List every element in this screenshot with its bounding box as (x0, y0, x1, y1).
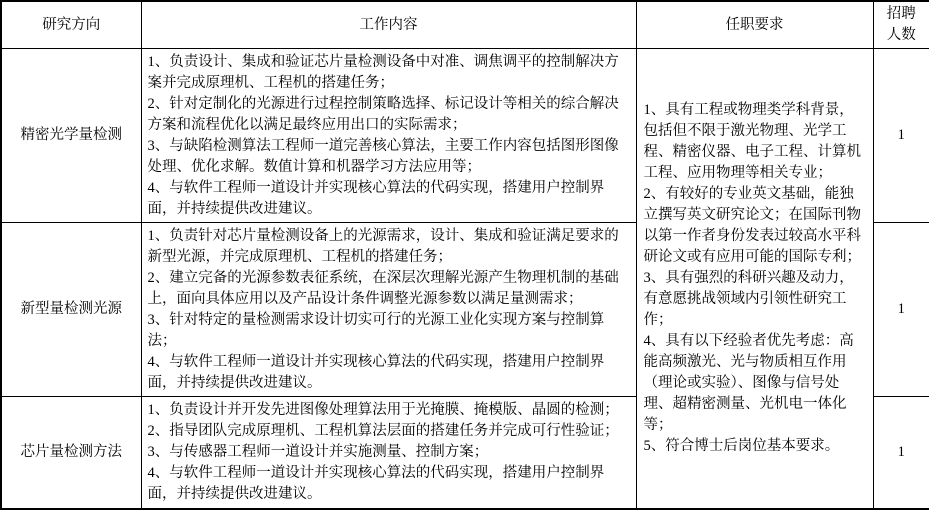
headcount-cell: 1 (873, 49, 929, 223)
task-line: 1、负责设计、集成和验证芯片量检测设备中对准、调焦调平的控制解决方案并完成原理机… (148, 52, 631, 94)
task-line: 1、负责设计并开发先进图像处理算法用于光掩膜、掩模版、晶圆的检测； (148, 400, 631, 421)
requirement-line: 4、具有以下经验者优先考虑：高能高频激光、光与物质相互作用（理论或实验）、图像与… (644, 331, 868, 436)
requirement-line: 1、具有工程或物理类学科背景，包括但不限于激光物理、光学工程、精密仪器、电子工程… (644, 100, 868, 184)
task-line: 3、与缺陷检测算法工程师一道完善核心算法，主要工作内容包括图形图像处理、优化求解… (148, 136, 631, 178)
task-line: 3、与传感器工程师一道设计并实施测量、控制方案； (148, 442, 631, 463)
task-line: 1、负责针对芯片量检测设备上的光源需求，设计、集成和验证满足要求的新型光源，并完… (148, 226, 631, 268)
task-line: 3、针对特定的量检测需求设计切实可行的光源工业化实现方案与控制算法； (148, 310, 631, 352)
headcount-cell: 1 (873, 223, 929, 397)
requirements-cell: 1、具有工程或物理类学科背景，包括但不限于激光物理、光学工程、精密仪器、电子工程… (636, 49, 873, 509)
work-content-cell: 1、负责设计、集成和验证芯片量检测设备中对准、调焦调平的控制解决方案并完成原理机… (141, 49, 636, 223)
work-content-cell: 1、负责针对芯片量检测设备上的光源需求，设计、集成和验证满足要求的新型光源，并完… (141, 223, 636, 397)
task-line: 4、与软件工程师一道设计并实现核心算法的代码实现，搭建用户控制界面，并持续提供改… (148, 352, 631, 394)
header-work-content: 工作内容 (141, 1, 636, 49)
work-content-cell: 1、负责设计并开发先进图像处理算法用于光掩膜、掩模版、晶圆的检测； 2、指导团队… (141, 397, 636, 509)
requirement-line: 3、具有强烈的科研兴趣及动力，有意愿挑战领域内引领性研究工作； (644, 268, 868, 331)
task-line: 4、与软件工程师一道设计并实现核心算法的代码实现，搭建用户控制界面，并持续提供改… (148, 178, 631, 220)
header-row: 研究方向 工作内容 任职要求 招聘人数 (1, 1, 929, 49)
direction-cell: 芯片量检测方法 (1, 397, 141, 509)
recruitment-table: 研究方向 工作内容 任职要求 招聘人数 精密光学量检测 1、负责设计、集成和验证… (0, 0, 929, 510)
task-line: 2、建立完备的光源参数表征系统，在深层次理解光源产生物理机制的基础上，面向具体应… (148, 268, 631, 310)
direction-cell: 精密光学量检测 (1, 49, 141, 223)
task-line: 2、指导团队完成原理机、工程机算法层面的搭建任务并完成可行性验证； (148, 421, 631, 442)
table-row: 精密光学量检测 1、负责设计、集成和验证芯片量检测设备中对准、调焦调平的控制解决… (1, 49, 929, 223)
header-headcount: 招聘人数 (873, 1, 929, 49)
header-research-direction: 研究方向 (1, 1, 141, 49)
header-job-requirements: 任职要求 (636, 1, 873, 49)
direction-cell: 新型量检测光源 (1, 223, 141, 397)
task-line: 2、针对定制化的光源进行过程控制策略选择、标记设计等相关的综合解决方案和流程优化… (148, 94, 631, 136)
headcount-cell: 1 (873, 397, 929, 509)
requirement-line: 2、有较好的专业英文基础，能独立撰写英文研究论文；在国际刊物以第一作者身份发表过… (644, 184, 868, 268)
task-line: 4、与软件工程师一道设计并实现核心算法的代码实现，搭建用户控制界面，并持续提供改… (148, 463, 631, 505)
requirement-line: 5、符合博士后岗位基本要求。 (644, 436, 868, 457)
